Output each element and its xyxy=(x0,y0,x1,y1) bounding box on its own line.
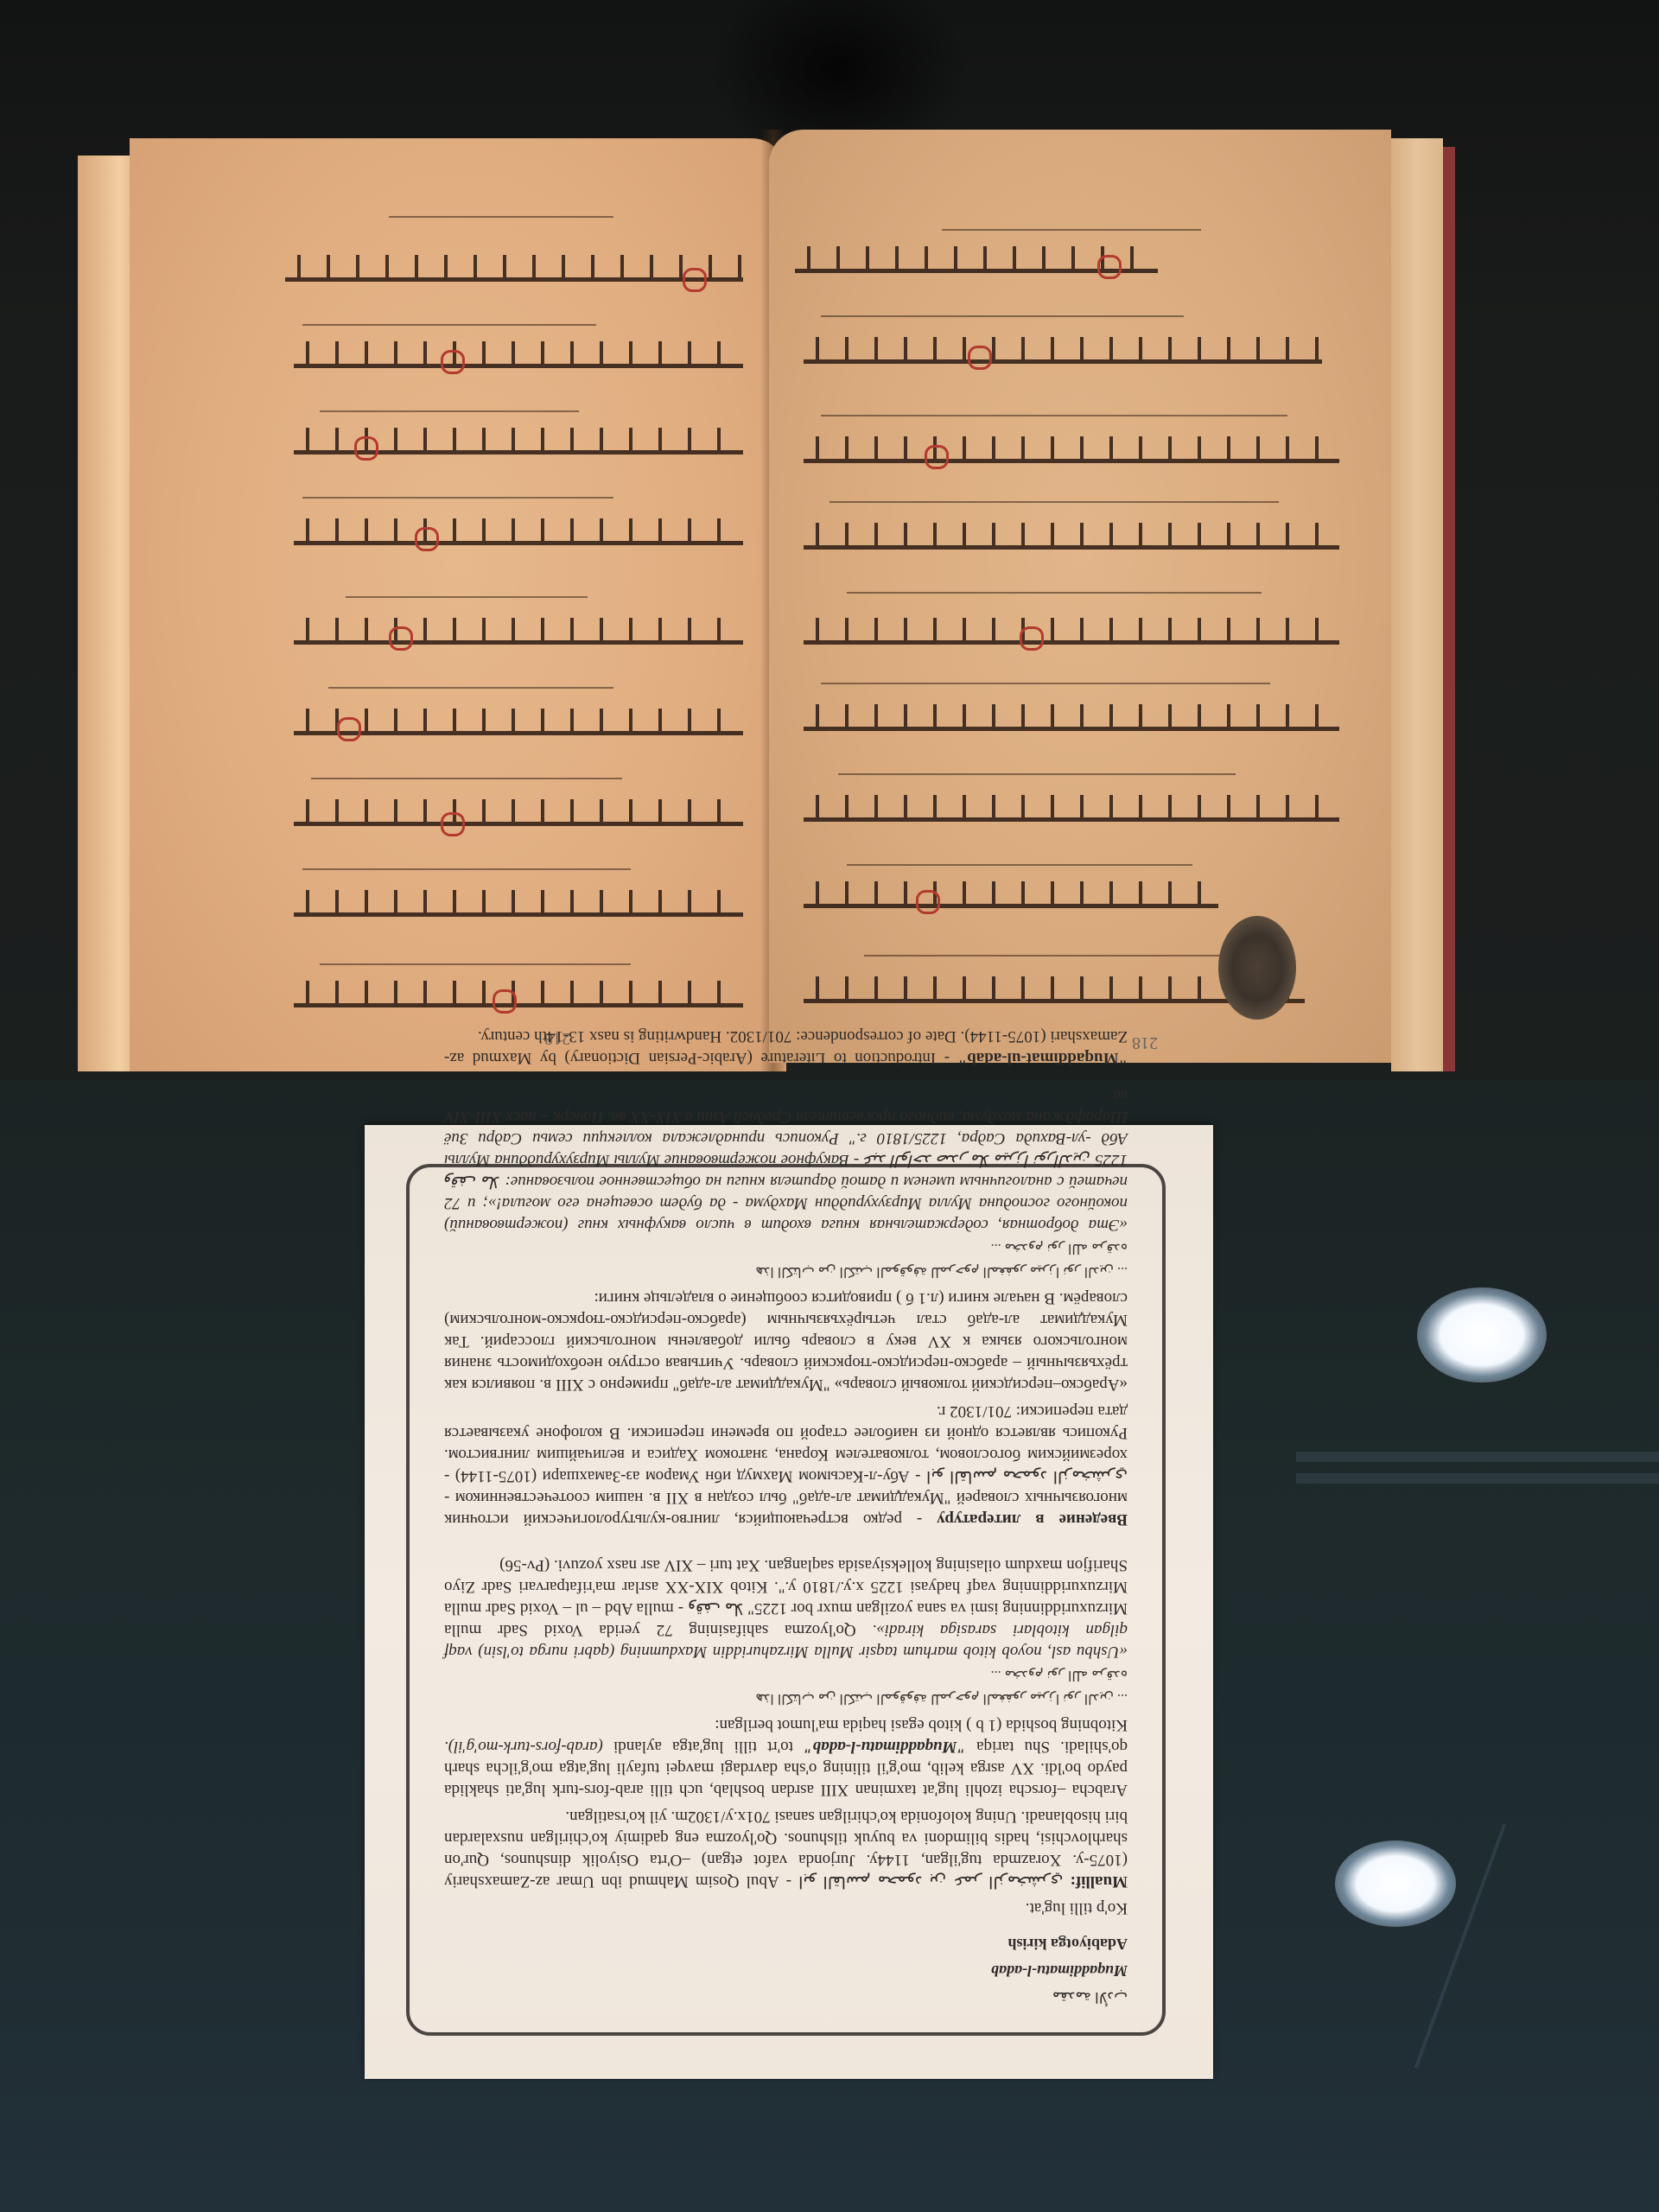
folio-number-right: 218 xyxy=(1132,1033,1158,1052)
book-cover-edge xyxy=(1443,147,1455,1071)
page-stack-right xyxy=(1391,138,1443,1071)
label-ru-heading: Введение в литературу xyxy=(937,1510,1128,1529)
label-en-paragraph: "Muqaddimat-ul-adab" - Introduction to L… xyxy=(444,1026,1128,1069)
label-title-arabic: مقدمة الأدب xyxy=(1052,1989,1128,2005)
manuscript-page-left: 218 xyxy=(130,138,786,1071)
label-ru-paragraph-1: Введение в литературу - редко встречающи… xyxy=(444,1401,1128,1530)
exhibit-label-frame: مقدمة الأدب Muqaddimatu-l-adab Adabiyotg… xyxy=(406,1164,1166,2036)
label-author-label: Muallif: xyxy=(1071,1872,1128,1891)
label-arabic-quote-ru-1: ... هذا الكتاب من الكتب الموقوفة للمرحوم… xyxy=(444,1261,1128,1282)
manuscript-page-right: 218 xyxy=(769,130,1391,1063)
glass-reflection-band xyxy=(1296,1473,1659,1484)
light-glare xyxy=(1417,1287,1547,1382)
label-arabic-quote-1: ... هذا الكتاب من الكتب الموقوفة للمرحوم… xyxy=(444,1688,1128,1709)
glass-reflection-band xyxy=(1296,1452,1659,1462)
seal-impression xyxy=(1218,916,1296,1020)
label-author-arabic: ابو القاسم محمود بن عمر الزمخشري xyxy=(798,1872,1063,1891)
label-uz-paragraph-2: Arabcha –forscha izohli lug'at taxminan … xyxy=(444,1714,1128,1801)
label-title-latin: Muqaddimatu-l-adab xyxy=(991,1962,1128,1980)
label-uz-quote-paragraph: «Ushbu asl, noyob kitob marhum taqsir Mu… xyxy=(444,1554,1128,1662)
manuscript-book: 218 218 xyxy=(78,104,1460,1080)
label-ru-paragraph-2: «Арабско–персидский толковый словарь» "М… xyxy=(444,1287,1128,1395)
label-en-title: "Muqaddimat-ul-adab" xyxy=(958,1049,1128,1067)
exhibit-label-card: مقدمة الأدب Muqaddimatu-l-adab Adabiyotg… xyxy=(365,1125,1213,2079)
label-arabic-quote-ru-2: مخدوم نور الله مرقده ... xyxy=(444,1237,1128,1259)
label-arabic-quote-2: مخدوم نور الله مرقده ... xyxy=(444,1664,1128,1686)
label-ru-quote: «Эта добротная, содержательная книга вхо… xyxy=(444,1084,1128,1236)
label-uz-author-paragraph: Muallif: ابو القاسم محمود بن عمر الزمخشر… xyxy=(444,1806,1128,1892)
label-subtitle-uzbek: Ko'p tilli lug'at. xyxy=(444,1897,1128,1919)
label-title-uzbek: Adabiyotga kirish xyxy=(1007,1935,1128,1953)
light-glare xyxy=(1335,1840,1456,1927)
